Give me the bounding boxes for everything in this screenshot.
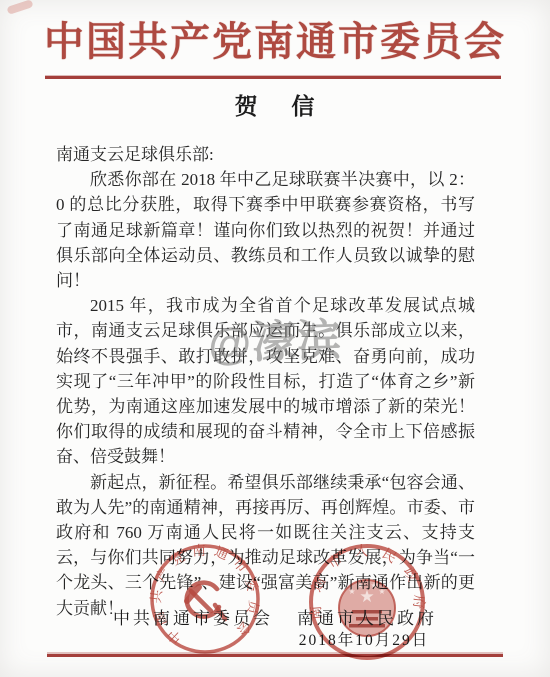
- party-seal-ring-text: 中国共产党南通市委员会: [148, 541, 262, 647]
- party-committee-seal: 中国共产党南通市委员会: [145, 539, 265, 659]
- letterhead-divider-line: [45, 76, 501, 79]
- salutation: 南通支云足球俱乐部:: [56, 142, 475, 167]
- paragraph-1: 欣悉你部在 2018 年中乙足球联赛半决赛中，以 2：0 的总比分获胜，取得下赛…: [56, 167, 475, 293]
- signature-party-committee: 中共南通市委员会: [113, 604, 273, 629]
- footer-divider-line: [47, 654, 503, 657]
- svg-text:★: ★: [370, 581, 377, 590]
- letter-title: 贺 信: [0, 88, 550, 121]
- svg-text:★: ★: [356, 581, 363, 590]
- letterhead-title: 中国共产党南通市委员会: [0, 10, 550, 67]
- svg-text:★: ★: [348, 587, 355, 596]
- signature-line: 中共南通市委员会 南通市人民政府: [0, 604, 550, 629]
- paragraph-2: 2015 年，我市成为全省首个足球改革发展试点城市，南通支云足球俱乐部应运而生。…: [56, 293, 475, 469]
- letter-date: 2018年10月29日: [288, 628, 440, 650]
- signature-government: 南通市人民政府: [297, 604, 437, 629]
- scanned-letter-page: 中国共产党南通市委员会 贺 信 南通支云足球俱乐部: 欣悉你部在 2018 年中…: [0, 0, 550, 677]
- svg-text:★: ★: [378, 587, 385, 596]
